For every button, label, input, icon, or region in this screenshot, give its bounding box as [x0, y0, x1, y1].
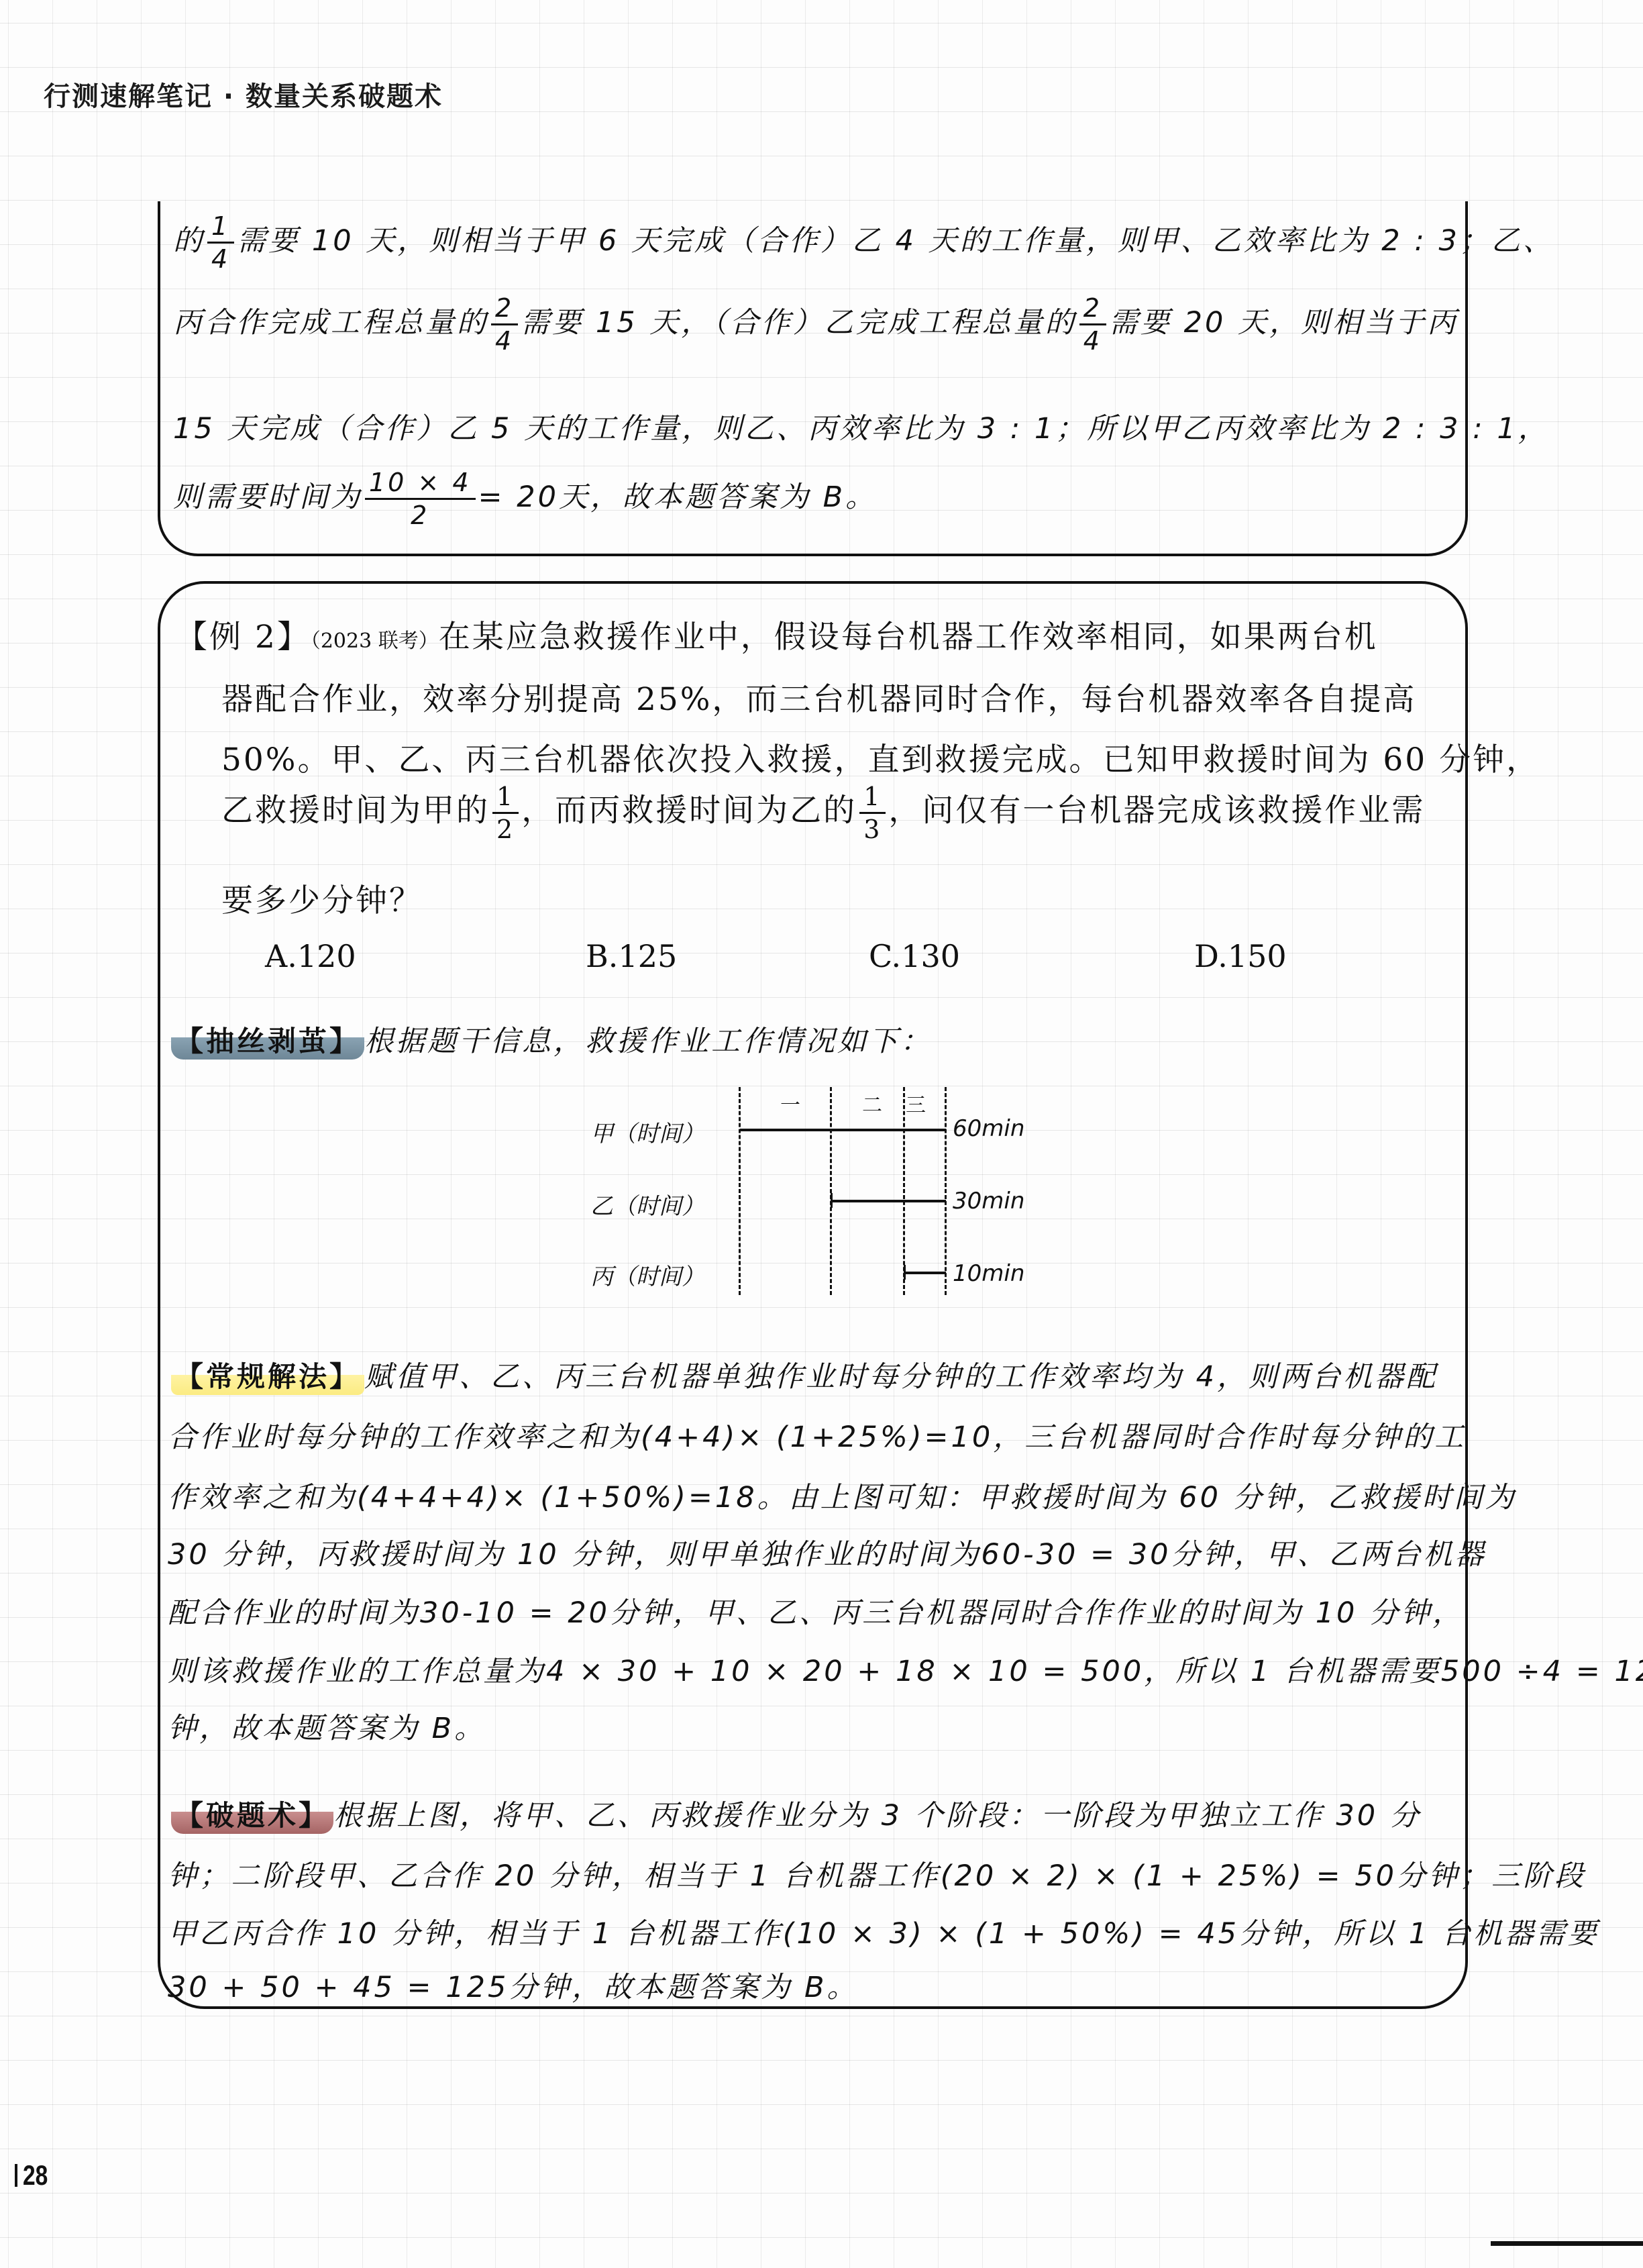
- divider-end: [945, 1087, 947, 1295]
- regular-solution-line-6: 则该救援作业的工作总量为4 × 30 + 10 × 20 + 18 × 10 =…: [168, 1649, 1643, 1690]
- regular-solution-line-7: 钟，故本题答案为 B。: [168, 1706, 486, 1747]
- analysis-tag: 【抽丝剥茧】: [171, 1019, 364, 1060]
- example-label: 【例 2】: [176, 619, 311, 656]
- regular-solution-line-5: 配合作业的时间为30-10 = 20分钟，甲、乙、丙三台机器同时合作作业的时间为…: [168, 1590, 1464, 1631]
- row-label-jia: 甲（时间）: [590, 1115, 704, 1148]
- example-line-2: 器配合作业，效率分别提高 25%，而三台机器同时合作，每台机器效率各自提高: [221, 674, 1416, 719]
- analysis-line: 【抽丝剥茧】根据题干信息，救援作业工作情况如下：: [171, 1019, 932, 1060]
- regular-solution-line-1: 【常规解法】赋值甲、乙、丙三台机器单独作业时每分钟的工作效率均为 4，则两台机器…: [171, 1354, 1438, 1395]
- example-line-5: 要多少分钟？: [221, 876, 423, 921]
- prev-solution-line-4: 则需要时间为10 × 42= 20天，故本题答案为 B。: [173, 470, 877, 528]
- prev-solution-line-1: 的14需要 10 天，则相当于甲 6 天完成（合作）乙 4 天的工作量，则甲、乙…: [173, 213, 1554, 272]
- stage-label-1: 一: [780, 1088, 800, 1118]
- regular-solution-line-4: 30 分钟，丙救援时间为 10 分钟，则甲单独作业的时间为60-30 = 30分…: [168, 1532, 1486, 1573]
- fraction: 10 × 42: [365, 470, 476, 528]
- row-label-yi: 乙（时间）: [590, 1188, 704, 1221]
- option-a: A.120: [265, 938, 356, 974]
- example-line-1: 【例 2】（2023 联考）在某应急救援作业中，假设每台机器工作效率相同，如果两…: [176, 612, 1378, 657]
- page-number: 28: [15, 2159, 48, 2192]
- duration-yi: 30min: [953, 1188, 1024, 1215]
- divider-start: [739, 1087, 741, 1295]
- duration-jia: 60min: [953, 1115, 1024, 1142]
- stage-label-3: 三: [906, 1088, 926, 1118]
- timeline-diagram: 一 二 三 甲（时间） 60min 乙（时间） 30min 丙（时间） 10mi…: [590, 1087, 1060, 1308]
- regular-solution-line-2: 合作业时每分钟的工作效率之和为(4+4)× (1+25%)=10，三台机器同时合…: [168, 1414, 1466, 1455]
- row-label-bing: 丙（时间）: [590, 1258, 704, 1291]
- example-line-4: 乙救援时间为甲的12，而丙救援时间为乙的13，问仅有一台机器完成该救援作业需: [221, 784, 1425, 842]
- fraction: 13: [859, 784, 886, 842]
- bar-yi: [832, 1200, 946, 1202]
- prev-solution-line-3: 15 天完成（合作）乙 5 天的工作量，则乙、丙效率比为 3 : 1；所以甲乙丙…: [173, 406, 1550, 447]
- trick-solution-line-1: 【破题术】根据上图，将甲、乙、丙救援作业分为 3 个阶段：一阶段为甲独立工作 3…: [171, 1793, 1422, 1834]
- divider-stage-2: [830, 1087, 832, 1295]
- bar-jia: [740, 1129, 946, 1131]
- regular-solution-tag: 【常规解法】: [171, 1355, 364, 1395]
- page-number-bar: [15, 2164, 17, 2187]
- trick-solution-tag: 【破题术】: [171, 1794, 333, 1834]
- trick-solution-line-4: 30 + 50 + 45 = 125分钟，故本题答案为 B。: [168, 1965, 859, 2006]
- fraction: 24: [491, 295, 518, 354]
- bar-bing: [905, 1272, 946, 1274]
- page-header-title: 行测速解笔记 · 数量关系破题术: [44, 75, 443, 113]
- divider-stage-3: [903, 1087, 905, 1295]
- example-line-3: 50%。甲、乙、丙三台机器依次投入救援，直到救援完成。已知甲救援时间为 60 分…: [221, 735, 1540, 780]
- prev-solution-line-2: 丙合作完成工程总量的24需要 15 天，（合作）乙完成工程总量的24需要 20 …: [173, 295, 1459, 354]
- regular-solution-line-3: 作效率之和为(4+4+4)× (1+50%)=18。由上图可知：甲救援时间为 6…: [168, 1475, 1517, 1516]
- fraction: 24: [1079, 295, 1106, 354]
- example-source: （2023 联考）: [311, 629, 439, 653]
- trick-solution-line-2: 钟；二阶段甲、乙合作 20 分钟，相当于 1 台机器工作(20 × 2) × (…: [168, 1853, 1586, 1894]
- corner-rule: [1491, 2241, 1643, 2246]
- option-d: D.150: [1194, 938, 1287, 974]
- option-b: B.125: [586, 938, 677, 974]
- fraction: 12: [492, 784, 519, 842]
- fraction: 14: [207, 213, 234, 272]
- duration-bing: 10min: [953, 1260, 1024, 1287]
- stage-label-2: 二: [862, 1088, 882, 1118]
- trick-solution-line-3: 甲乙丙合作 10 分钟，相当于 1 台机器工作(10 × 3) × (1 + 5…: [168, 1911, 1599, 1952]
- option-c: C.130: [869, 938, 960, 974]
